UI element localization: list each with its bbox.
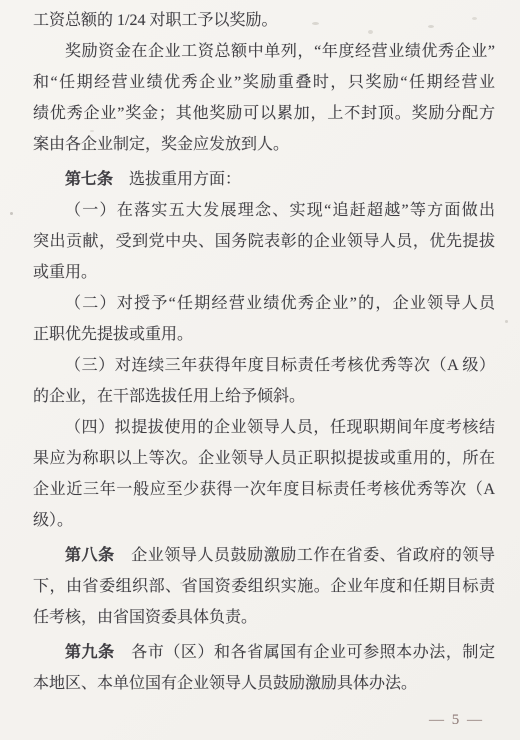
document-page: 工资总额的 1/24 对职工予以奖励。奖励资金在企业工资总额中单列，“年度经营业…	[0, 0, 520, 740]
text-line: 突出贡献，受到党中央、国务院表彰的企业领导人员，优先提拔	[33, 226, 495, 257]
article-heading-line: 第七条 选拔重用方面：	[33, 164, 495, 195]
text-line: 绩优秀企业”奖金；其他奖励可以累加，上不封顶。奖励分配方	[33, 98, 495, 129]
text-line: 级）。	[33, 505, 495, 536]
text-line: 案由各企业制定，奖金应发放到人。	[33, 129, 495, 160]
text-line: 果应为称职以上等次。企业领导人员正职拟提拔或重用的，所在	[33, 443, 495, 474]
text-line: （一）在落实五大发展理念、实现“追赶超越”等方面做出	[33, 195, 495, 226]
text-line: 任考核，由省国资委具体负责。	[33, 602, 495, 633]
article-number: 第九条	[65, 644, 115, 661]
text-line: 下，由省委组织部、省国资委组织实施。企业年度和任期目标责	[33, 571, 495, 602]
text-line: 工资总额的 1/24 对职工予以奖励。	[33, 5, 495, 36]
article-number: 第八条	[65, 547, 115, 564]
text-line: 奖励资金在企业工资总额中单列，“年度经营业绩优秀企业”	[33, 36, 495, 67]
scan-speckle	[10, 212, 13, 215]
document-body: 工资总额的 1/24 对职工予以奖励。奖励资金在企业工资总额中单列，“年度经营业…	[33, 5, 495, 699]
scan-speckle	[505, 320, 508, 323]
text-line: （二）对授予“任期经营业绩优秀企业”的，企业领导人员	[33, 288, 495, 319]
page-number: — 5 —	[429, 711, 484, 729]
text-line: 本地区、本单位国有企业领导人员鼓励激励具体办法。	[33, 668, 495, 699]
text-line: 企业近三年一般应至少获得一次年度目标责任考核优秀等次（A	[33, 474, 495, 505]
text-line: 或重用。	[33, 257, 495, 288]
article-heading-line: 第八条 企业领导人员鼓励激励工作在省委、省政府的领导	[33, 540, 495, 571]
text-line: 正职优先提拔或重用。	[33, 319, 495, 350]
text-line: 和“任期经营业绩优秀企业”奖励重叠时，只奖励“任期经营业	[33, 67, 495, 98]
article-number: 第七条	[65, 171, 113, 188]
text-line: （四）拟提拔使用的企业领导人员，任现职期间年度考核结	[33, 412, 495, 443]
text-line: （三）对连续三年获得年度目标责任考核优秀等次（A 级）	[33, 350, 495, 381]
text-line: 的企业，在干部选拔任用上给予倾斜。	[33, 381, 495, 412]
article-heading-line: 第九条 各市（区）和各省属国有企业可参照本办法，制定	[33, 637, 495, 668]
